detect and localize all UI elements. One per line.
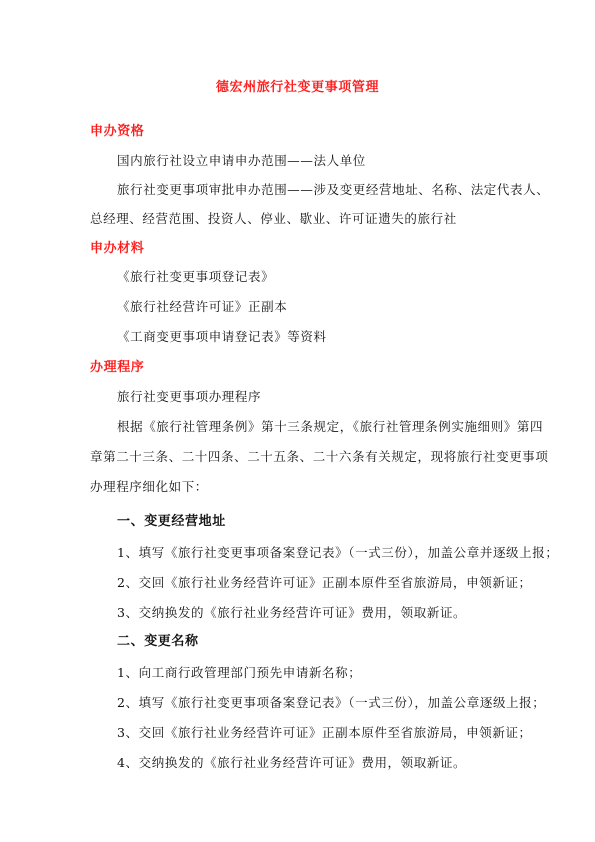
- section-heading-procedure: 办理程序: [90, 360, 144, 376]
- paragraph-line: 章第二十三条、二十四条、二十五条、二十六条有关规定，现将旅行社变更事项: [90, 449, 549, 465]
- paragraph-line: 根据《旅行社管理条例》第十三条规定，《旅行社管理条例实施细则》第四: [117, 419, 543, 435]
- paragraph-line: 国内旅行社设立申请申办范围——法人单位: [117, 153, 366, 169]
- document-title: 德宏州旅行社变更事项管理: [0, 80, 595, 96]
- section-heading-qualification: 申办资格: [90, 124, 144, 140]
- list-item: 4、交纳换发的《旅行社业务经营许可证》费用，领取新证。: [117, 755, 466, 771]
- paragraph-line: 旅行社变更事项审批申办范围——涉及变更经营地址、名称、法定代表人、: [117, 182, 549, 198]
- subsection-heading-address-change: 一、变更经营地址: [117, 514, 226, 530]
- list-item: 2、填写《旅行社变更事项备案登记表》（一式三份），加盖公章逐级上报；: [117, 695, 545, 711]
- document-page: 德宏州旅行社变更事项管理 申办资格 国内旅行社设立申请申办范围——法人单位 旅行…: [0, 0, 595, 842]
- paragraph-line: 旅行社变更事项办理程序: [117, 389, 261, 405]
- list-item: 2、交回《旅行社业务经营许可证》正副本原件至省旅游局，申领新证；: [117, 575, 532, 591]
- list-item: 《工商变更事项申请登记表》等资料: [117, 329, 327, 345]
- section-heading-materials: 申办材料: [90, 241, 144, 257]
- list-item: 《旅行社变更事项登记表》: [117, 269, 274, 285]
- list-item: 3、交纳换发的《旅行社业务经营许可证》费用，领取新证。: [117, 605, 466, 621]
- paragraph-line: 办理程序细化如下：: [90, 479, 208, 495]
- paragraph-line: 总经理、经营范围、投资人、停业、歇业、许可证遗失的旅行社: [90, 211, 457, 227]
- list-item: 1、向工商行政管理部门预先申请新名称；: [117, 665, 361, 681]
- subsection-heading-name-change: 二、变更名称: [117, 634, 199, 650]
- list-item: 《旅行社经营许可证》正副本: [117, 299, 287, 315]
- list-item: 1、填写《旅行社变更事项备案登记表》（一式三份），加盖公章并逐级上报；: [117, 545, 558, 561]
- list-item: 3、交回《旅行社业务经营许可证》正副本原件至省旅游局，申领新证；: [117, 725, 532, 741]
